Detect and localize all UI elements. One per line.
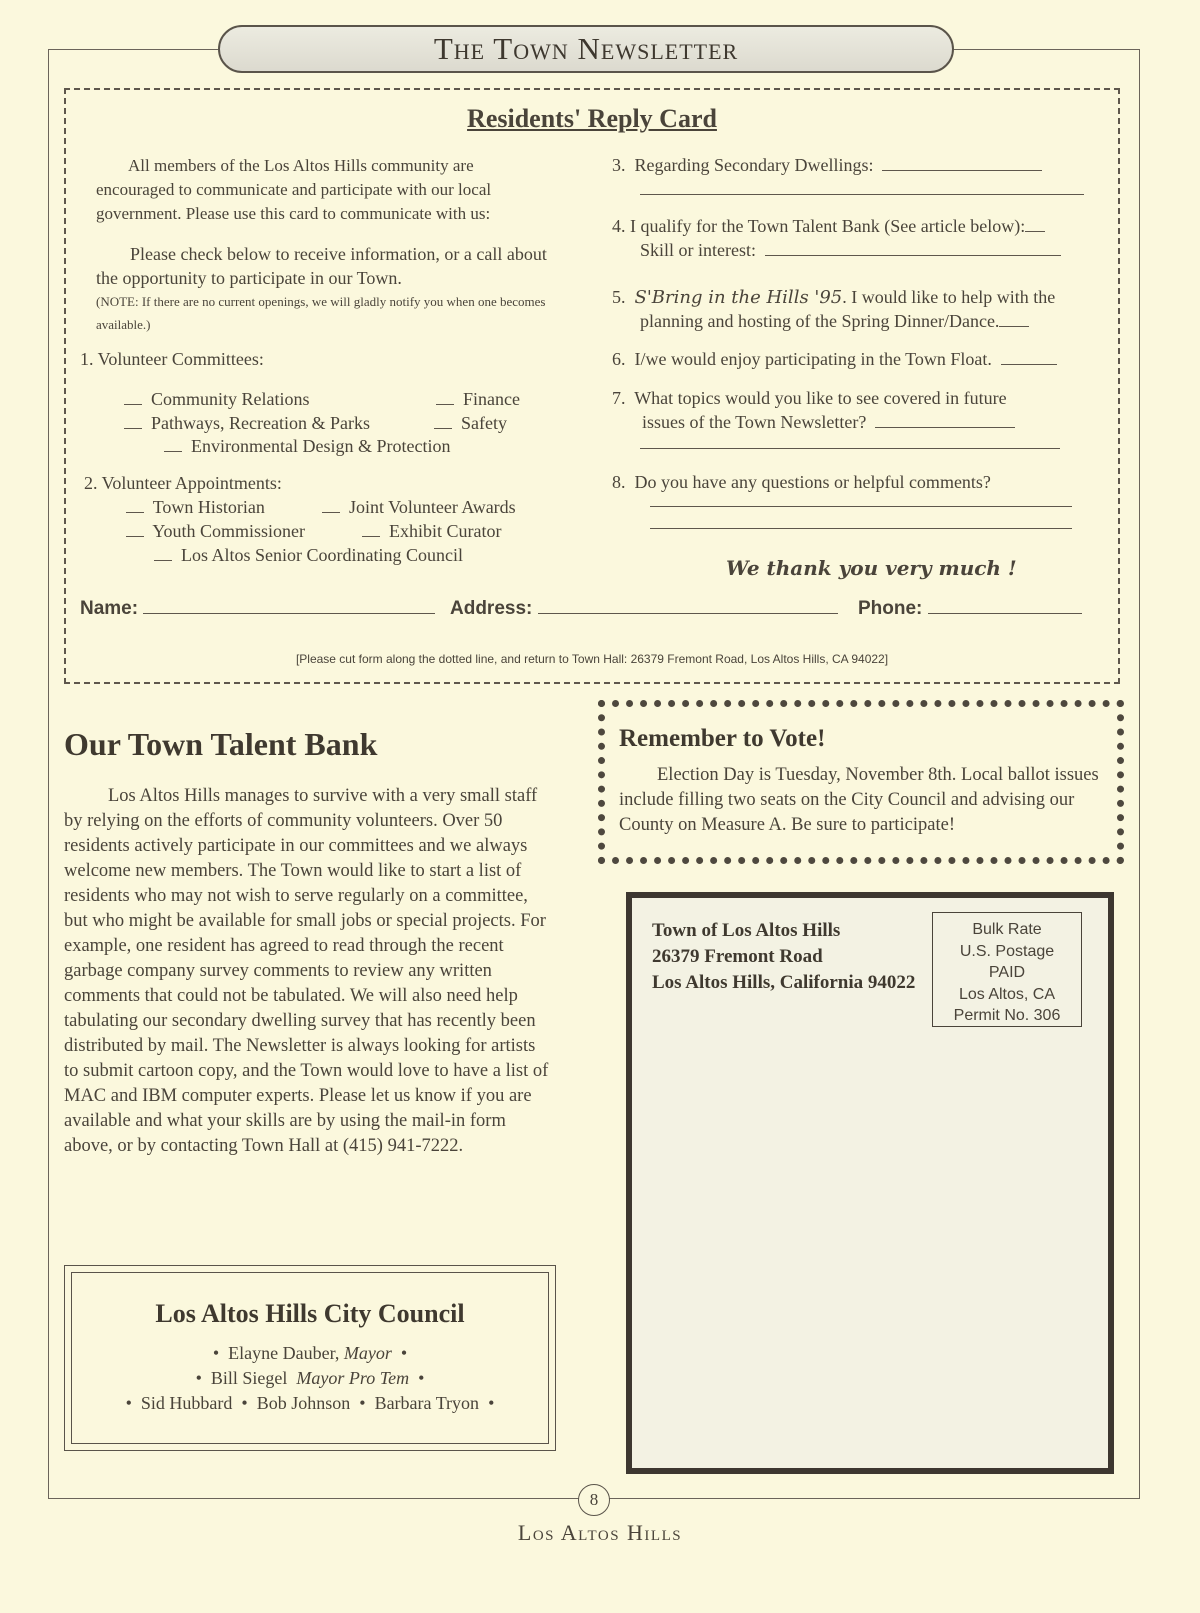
checkbox-line[interactable] [164,437,182,452]
q8-answer-line[interactable] [650,492,1072,507]
q4-skill: Skill or interest: [640,238,1061,262]
checkbox-line[interactable] [434,414,452,429]
event-name: S'Bring in the Hills '95 [635,287,843,308]
masthead: The Town Newsletter [218,25,954,73]
q1-label: 1. Volunteer Committees: [80,347,264,371]
option-town-historian[interactable]: Town Historian [126,495,265,519]
newsletter-title: The Town Newsletter [434,31,738,67]
checkbox-line[interactable] [126,522,144,537]
q5-line2: planning and hosting of the Spring Dinne… [640,309,1029,333]
phone-input[interactable] [928,599,1082,614]
vote-title: Remember to Vote! [619,725,825,753]
q3-answer-line[interactable] [882,156,1042,171]
reply-card-title: Residents' Reply Card [66,104,1118,134]
checkbox-line[interactable] [126,498,144,513]
thank-you-note: We thank you very much ! [726,556,1017,580]
q4: 4. I qualify for the Town Talent Bank (S… [612,214,1045,238]
q7-line2: issues of the Town Newsletter? [642,410,1015,434]
vote-box: Remember to Vote! Election Day is Tuesda… [598,700,1124,864]
q5: 5. S'Bring in the Hills '95. I would lik… [612,285,1055,310]
q8: 8. Do you have any questions or helpful … [612,470,991,494]
option-exhibit-curator[interactable]: Exhibit Curator [362,519,501,543]
address-field: Address: [450,598,838,620]
mailing-panel: Town of Los Altos Hills 26379 Fremont Ro… [626,892,1114,1474]
option-joint-volunteer-awards[interactable]: Joint Volunteer Awards [322,495,516,519]
talent-bank-body: Los Altos Hills manages to survive with … [64,784,552,1159]
q7: 7. What topics would you like to see cov… [612,386,1007,410]
q6: 6. I/we would enjoy participating in the… [612,347,1057,371]
checkbox-line[interactable] [154,546,172,561]
q3: 3. Regarding Secondary Dwellings: [612,153,1042,177]
option-safety[interactable]: Safety [434,411,507,435]
check-instructions: Please check below to receive informatio… [96,242,556,290]
option-finance[interactable]: Finance [436,387,520,411]
council-mayor: • Elayne Dauber, Mayor • [72,1341,548,1366]
reply-card: Residents' Reply Card All members of the… [64,88,1120,684]
council-pro-tem: • Bill Siegel Mayor Pro Tem • [72,1366,548,1391]
q8-answer-line-2[interactable] [650,514,1072,529]
city-council-box: Los Altos Hills City Council • Elayne Da… [64,1265,556,1451]
option-environmental[interactable]: Environmental Design & Protection [164,434,450,458]
page-number: 8 [578,1484,610,1516]
return-address: Town of Los Altos Hills 26379 Fremont Ro… [652,918,915,996]
option-senior-council[interactable]: Los Altos Senior Coordinating Council [154,543,463,567]
q3-answer-line-2[interactable] [640,180,1084,195]
option-youth-commissioner[interactable]: Youth Commissioner [126,519,305,543]
q6-checkbox-line[interactable] [1001,350,1057,365]
cut-instructions: [Please cut form along the dotted line, … [66,652,1118,666]
q7-answer-line[interactable] [875,413,1015,428]
checkbox-line[interactable] [124,414,142,429]
checkbox-line[interactable] [322,498,340,513]
postage-indicia: Bulk Rate U.S. Postage PAID Los Altos, C… [932,912,1082,1027]
q2-label: 2. Volunteer Appointments: [84,471,282,495]
name-field: Name: [80,598,435,620]
openings-note: (NOTE: If there are no current openings,… [96,290,566,336]
q4-checkbox-line[interactable] [1025,217,1045,232]
checkbox-line[interactable] [362,522,380,537]
option-community-relations[interactable]: Community Relations [124,387,310,411]
intro-paragraph: All members of the Los Altos Hills commu… [96,154,546,226]
vote-body: Election Day is Tuesday, November 8th. L… [619,763,1107,838]
phone-field: Phone: [858,598,1082,620]
q5-checkbox-line[interactable] [999,312,1029,327]
q7-answer-line-2[interactable] [640,434,1060,449]
talent-bank-title: Our Town Talent Bank [64,726,377,763]
address-input[interactable] [538,599,838,614]
option-pathways[interactable]: Pathways, Recreation & Parks [124,411,370,435]
q4-skill-line[interactable] [765,241,1061,256]
council-members: • Sid Hubbard • Bob Johnson • Barbara Tr… [72,1391,548,1416]
checkbox-line[interactable] [436,390,454,405]
footer-title: Los Altos Hills [0,1520,1200,1546]
checkbox-line[interactable] [124,390,142,405]
name-input[interactable] [143,599,435,614]
city-council-title: Los Altos Hills City Council [72,1299,548,1329]
